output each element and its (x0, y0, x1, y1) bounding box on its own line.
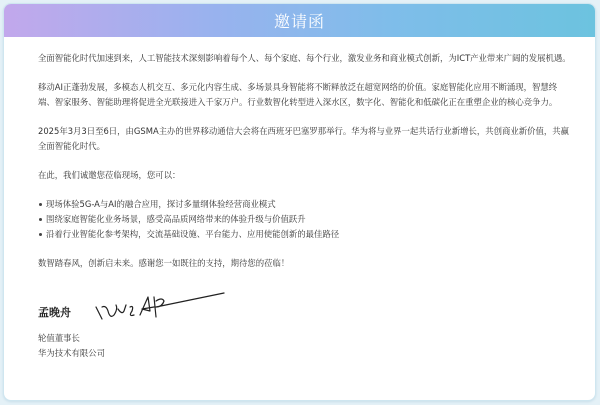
signer-name: 孟晚舟 (38, 305, 71, 320)
paragraph-closing: 数智踏春风，创新启未来。感谢您一如既往的支持，期待您的莅临！ (38, 256, 573, 271)
activity-list: 现场体验5G-A与AI的融合应用，探讨多量纲体验经营商业模式 围绕家庭智能化业务… (38, 197, 573, 242)
list-item: 围绕家庭智能化业务场景，感受高品质网络带来的体验升级与价值跃升 (38, 212, 573, 227)
invitation-card: 邀请函 全面智能化时代加速到来，人工智能技术深刻影响着每个人、每个家庭、每个行业… (3, 3, 596, 401)
invitation-title: 邀请函 (274, 9, 325, 32)
signer-title: 轮值董事长 (38, 331, 105, 346)
list-item: 沿着行业智能化参考架构，交流基础设施、平台能力、应用使能创新的最佳路径 (38, 227, 573, 242)
letter-body: 全面智能化时代加速到来，人工智能技术深刻影响着每个人、每个家庭、每个行业，激发业… (4, 37, 595, 365)
paragraph-intro: 全面智能化时代加速到来，人工智能技术深刻影响着每个人、每个家庭、每个行业，激发业… (38, 51, 573, 66)
signer-company: 华为技术有限公司 (38, 346, 105, 361)
signer-info: 轮值董事长 华为技术有限公司 (38, 331, 105, 361)
paragraph-mobile-ai: 移动AI正蓬勃发展，多模态人机交互、多元化内容生成、多场景具身智能将不断释放泛在… (38, 80, 573, 110)
invitation-header: 邀请函 (4, 4, 595, 37)
paragraph-event: 2025年3月3日至6日，由GSMA主办的世界移动通信大会将在西班牙巴塞罗那举行… (38, 124, 573, 154)
handwritten-signature-icon (92, 285, 232, 329)
list-item: 现场体验5G-A与AI的融合应用，探讨多量纲体验经营商业模式 (38, 197, 573, 212)
signature-block: 孟晚舟 轮值董事长 华为技术有限公司 (38, 285, 573, 365)
paragraph-invite: 在此，我们诚邀您莅临现场，您可以： (38, 168, 573, 183)
